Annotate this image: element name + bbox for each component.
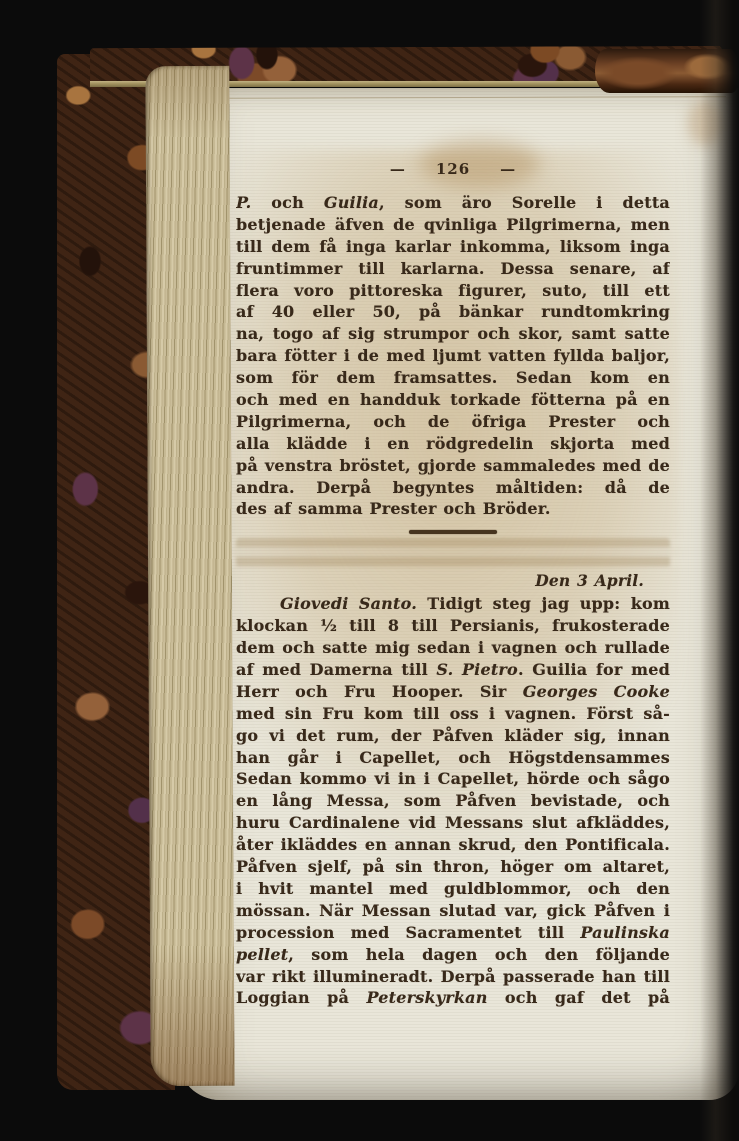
text-segment: flera voro pittoreska figurer, suto, til… bbox=[236, 281, 670, 302]
text-line: des af samma Prester och Bröder. bbox=[236, 498, 670, 520]
text-segment: af med Damerna till bbox=[236, 660, 436, 679]
text-segment: med sin Fru kom till oss i vagnen. Först… bbox=[236, 704, 670, 723]
section-divider-rule bbox=[409, 530, 497, 534]
text-segment: Påfven sjelf, på sin thron, höger om alt… bbox=[236, 857, 670, 878]
text-segment: på venstra bröstet, gjorde sammaledes me… bbox=[236, 456, 670, 475]
text-segment: Herr och Fru Hooper. Sir bbox=[236, 682, 523, 701]
text-segment: bara fötter i de med ljumt vatten fyllda… bbox=[236, 346, 670, 365]
text-line: och med en handduk torkade fötterna på e… bbox=[236, 389, 670, 411]
text-line: Herr och Fru Hooper. Sir Georges Cooke bbox=[236, 681, 670, 703]
text-line: bara fötter i de med ljumt vatten fyllda… bbox=[236, 345, 670, 367]
text-segment: dem och satte mig sedan i vagnen och rul… bbox=[236, 638, 670, 657]
emphasized-text: pellet bbox=[236, 945, 288, 964]
text-line: na, togo af sig strumpor och skor, samt … bbox=[236, 323, 670, 345]
text-line: flera voro pittoreska figurer, suto, til… bbox=[236, 280, 670, 302]
emphasized-text: S. Pietro bbox=[436, 660, 518, 679]
text-segment: var rikt illumineradt. Derpå passerade h… bbox=[236, 967, 670, 986]
text-line: en lång Messa, som Påfven bevistade, och… bbox=[236, 790, 670, 812]
text-segment: . Guilia for med bbox=[518, 660, 670, 679]
text-line: huru Cardinalene vid Messans slut afkläd… bbox=[236, 812, 670, 834]
text-segment: klockan ½ till 8 till Persianis, frukost… bbox=[236, 616, 670, 637]
page-number-header: — 126 — bbox=[236, 160, 670, 178]
bleed-through-ghost-text bbox=[236, 538, 670, 568]
emphasized-text: Peterskyrkan bbox=[366, 988, 487, 1007]
text-segment: Sedan kommo vi in i Capellet, hörde och … bbox=[236, 769, 670, 788]
date-heading: Den 3 April. bbox=[236, 570, 670, 591]
text-line: som för dem framsattes. Sedan kom en Car… bbox=[236, 367, 670, 389]
text-segment: des af samma Prester och Bröder. bbox=[236, 499, 551, 518]
text-segment: till dem få inga karlar inkomma, liksom … bbox=[236, 237, 670, 256]
text-line: till dem få inga karlar inkomma, liksom … bbox=[236, 236, 670, 258]
text-segment: han går i Capellet, och Högstdensammes k… bbox=[236, 748, 670, 769]
text-line: var rikt illumineradt. Derpå passerade h… bbox=[236, 966, 670, 988]
text-segment: i hvit mantel med guldblommor, och den g… bbox=[236, 879, 670, 900]
text-line: pellet, som hela dagen och den följande … bbox=[236, 944, 670, 966]
text-line: Giovedi Santo. Tidigt steg jag upp: kom bbox=[236, 593, 670, 615]
text-segment: Tidigt steg jag upp: kom bbox=[417, 594, 670, 613]
emphasized-text: P. bbox=[236, 193, 251, 212]
text-line: med sin Fru kom till oss i vagnen. Först… bbox=[236, 703, 670, 725]
text-segment: andra. Derpå begyntes måltiden: då de se… bbox=[236, 478, 670, 499]
text-line: fruntimmer till karlarna. Dessa senare, … bbox=[236, 258, 670, 280]
text-line: procession med Sacramentet till Paulinsk… bbox=[236, 922, 670, 944]
text-segment: fruntimmer till karlarna. Dessa senare, … bbox=[236, 259, 670, 280]
page-right-edge-shadow bbox=[700, 0, 739, 1141]
text-segment: procession med Sacramentet till bbox=[236, 923, 580, 942]
text-line: betjenade äfven de qvinliga Pilgrimerna,… bbox=[236, 214, 670, 236]
text-segment: , som hela dagen och den följande natten bbox=[236, 945, 670, 966]
text-line: dem och satte mig sedan i vagnen och rul… bbox=[236, 637, 670, 659]
text-line: klockan ½ till 8 till Persianis, frukost… bbox=[236, 615, 670, 637]
text-line: go vi det rum, der Påfven kläder sig, in… bbox=[236, 725, 670, 747]
text-line: mössan. När Messan slutad var, gick Påfv… bbox=[236, 900, 670, 922]
paragraph-pilgrims: P. och Guilia, som äro Sorelle i detta S… bbox=[236, 192, 670, 520]
text-segment: af 40 eller 50, på bänkar rundtomkring v… bbox=[236, 302, 670, 323]
text-line: andra. Derpå begyntes måltiden: då de se… bbox=[236, 477, 670, 499]
text-line: P. och Guilia, som äro Sorelle i detta S… bbox=[236, 192, 670, 214]
emphasized-text: Giovedi Santo. bbox=[280, 594, 417, 613]
page-text-block: — 126 — P. och Guilia, som äro Sorelle i… bbox=[236, 160, 670, 1009]
text-line: Loggian på Peterskyrkan och gaf det på P… bbox=[236, 987, 670, 1009]
text-segment: na, togo af sig strumpor och skor, samt … bbox=[236, 324, 670, 345]
text-segment: go vi det rum, der Påfven kläder sig, in… bbox=[236, 726, 670, 745]
text-segment: mössan. När Messan slutad var, gick Påfv… bbox=[236, 901, 670, 920]
emphasized-text: Georges Cooke bbox=[523, 682, 670, 701]
folio-dash-right: — bbox=[500, 160, 516, 178]
page-number: 126 bbox=[436, 160, 470, 178]
text-segment: huru Cardinalene vid Messans slut afkläd… bbox=[236, 813, 670, 834]
folio-dash-left: — bbox=[390, 160, 406, 178]
text-line: Pilgrimerna, och de öfriga Prester och F… bbox=[236, 411, 670, 433]
text-segment: och med en handduk torkade fötterna på e… bbox=[236, 390, 670, 411]
text-segment: som för dem framsattes. Sedan kom en Car… bbox=[236, 368, 670, 389]
text-segment: betjenade äfven de qvinliga Pilgrimerna,… bbox=[236, 215, 670, 234]
page-fore-edge-stack bbox=[145, 66, 234, 1086]
text-segment: Pilgrimerna, och de öfriga Prester och F… bbox=[236, 412, 670, 433]
text-line: han går i Capellet, och Högstdensammes k… bbox=[236, 747, 670, 769]
text-line: alla klädde i en rödgredelin skjorta med… bbox=[236, 433, 670, 455]
text-segment: Loggian på bbox=[236, 988, 366, 1007]
text-segment: alla klädde i en rödgredelin skjorta med… bbox=[236, 434, 670, 455]
text-line: af 40 eller 50, på bänkar rundtomkring v… bbox=[236, 301, 670, 323]
text-line: af med Damerna till S. Pietro. Guilia fo… bbox=[236, 659, 670, 681]
paragraph-giovedi-santo: Giovedi Santo. Tidigt steg jag upp: komk… bbox=[236, 593, 670, 1009]
text-line: Sedan kommo vi in i Capellet, hörde och … bbox=[236, 768, 670, 790]
text-line: åter ikläddes en annan skrud, den Pontif… bbox=[236, 834, 670, 856]
text-segment: åter ikläddes en annan skrud, den Pontif… bbox=[236, 835, 670, 854]
emphasized-text: Guilia bbox=[324, 193, 379, 212]
text-line: Påfven sjelf, på sin thron, höger om alt… bbox=[236, 856, 670, 878]
text-line: på venstra bröstet, gjorde sammaledes me… bbox=[236, 455, 670, 477]
text-segment: en lång Messa, som Påfven bevistade, och… bbox=[236, 791, 670, 812]
book-photo-scene: — 126 — P. och Guilia, som äro Sorelle i… bbox=[0, 0, 739, 1141]
text-segment: och bbox=[251, 193, 324, 212]
text-line: i hvit mantel med guldblommor, och den g… bbox=[236, 878, 670, 900]
